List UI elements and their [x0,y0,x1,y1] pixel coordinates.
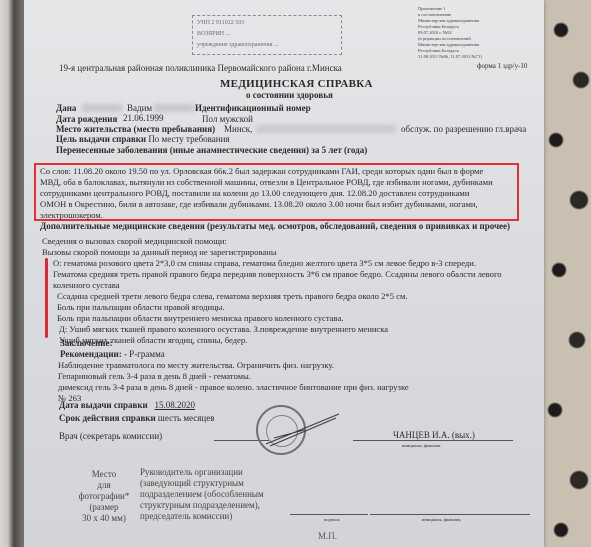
doctor-name: ЧАНЦЕВ И.А. (вых.) [393,430,475,440]
form-number: форма 1 здр/у-10 [477,62,527,70]
id-number-label: Идентификационный номер [195,103,311,113]
residence-note: обслуж. по разрешению гл.врача [401,124,526,134]
recommendation-lines: Наблюдение травматолога по месту жительс… [58,360,409,404]
residence-city: Минск, [224,124,252,134]
appendix-block: Приложение 1 к постановлению Министерств… [418,6,482,60]
document-title: МЕДИЦИНСКАЯ СПРАВКА [220,78,373,90]
redacted-surname [82,104,122,112]
issue-date: Дата выдачи справки 15.08.2020 [59,400,195,410]
signature-scribble [264,408,344,448]
initials-caption: инициалы, фамилия [402,443,441,448]
recommendations: Рекомендации: - Р-грамма [60,349,165,359]
head-name-line [370,514,530,515]
signature-caption: подпись [324,517,340,522]
head-of-organization-label: Руководитель организации (заведующий стр… [140,467,264,522]
examination-findings: О: гематома розового цвета 2*3,0 см спин… [53,258,502,346]
medical-certificate-paper: УНП 2 911022 503 ВОЗЯРИН ... учреждение … [24,0,544,547]
doctor-label: Врач (секретарь комиссии) [59,431,162,441]
redacted-address [256,125,396,133]
initials-caption-2: инициалы, фамилия [422,517,461,522]
background-leopard-fabric [541,0,591,547]
conclusion-label: Заключение: [60,338,112,348]
registration-stamp: УНП 2 911022 503 ВОЗЯРИН ... учреждение … [192,15,342,55]
first-name: Вадим [127,103,152,113]
history-label: Перенесенные заболевания (иные анамнести… [56,145,367,155]
document-subtitle: о состоянии здоровья [246,90,333,100]
ambulance-text: Вызовы скорой помощи за данный период не… [42,247,277,258]
sex-field: Пол мужской [202,114,253,124]
birthdate-label: Дата рождения [56,114,117,124]
additional-info-label: Дополнительные медицинские сведения (рез… [40,221,510,231]
residence-label: Место жительства (место пребывания) [56,124,215,134]
lastname-label: Дана [56,103,76,113]
validity-period: Срок действия справки шесть месяцев [59,413,214,423]
ambulance-label: Сведения о вызовах скорой медицинской по… [42,236,227,247]
red-margin-mark [45,258,48,338]
purpose-label: Цель выдачи справки По месту требования [56,134,230,144]
photo-placeholder: Место для фотографии* (размер 30 х 40 мм… [74,469,134,524]
doctor-name-line [353,440,513,441]
redacted-patronymic [154,104,194,112]
institution-name: 19-я центральная районная поликлиника Пе… [59,63,342,73]
highlighted-statement: Со слов: 11.08.20 около 19.50 по ул. Орл… [40,166,493,221]
birthdate-value: 21.06.1999 [123,113,164,123]
stamp-place: М.П. [318,531,337,541]
head-signature-line [290,514,368,515]
